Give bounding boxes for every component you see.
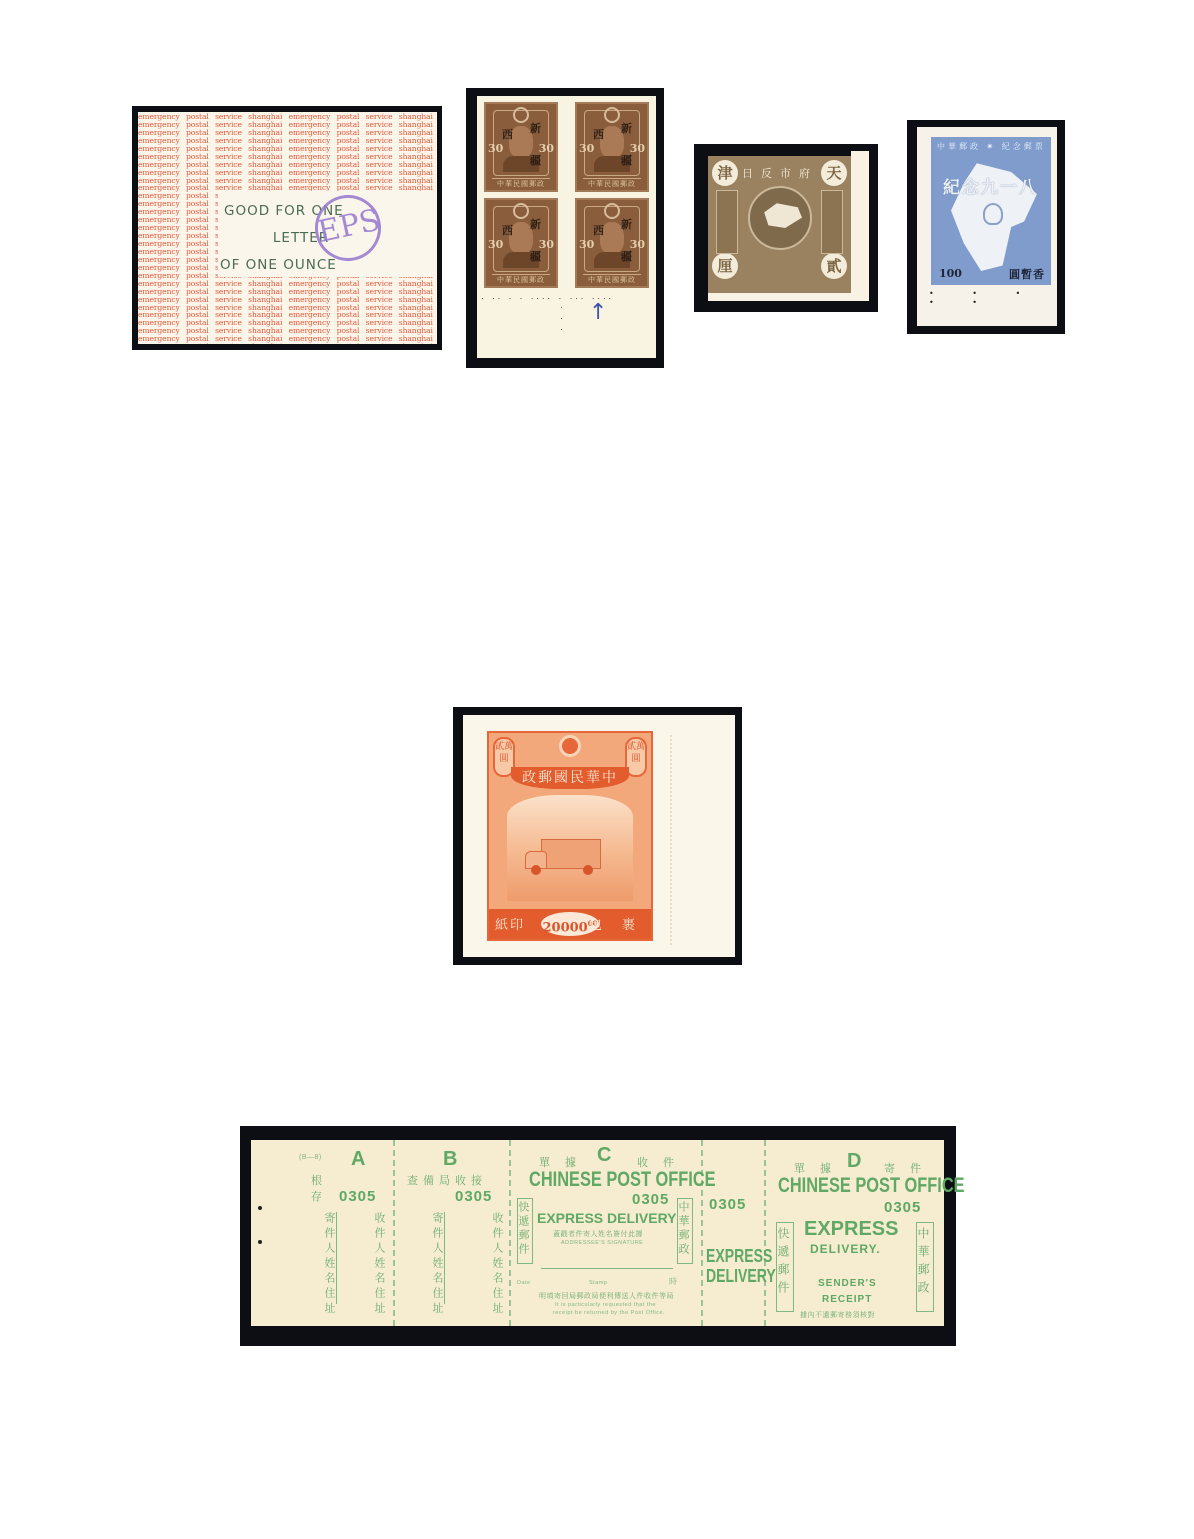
addressee-name-address-label: 收件人姓名住址	[371, 1212, 387, 1317]
value-left: 30	[488, 238, 503, 251]
right-panel	[821, 190, 843, 254]
overprint-char: 疆	[530, 152, 541, 168]
value-number: 20000	[543, 920, 588, 935]
overprint-char: 疆	[621, 152, 632, 168]
value-text: 100	[939, 267, 962, 280]
overprint-char: 新	[621, 120, 632, 136]
panel-number: 0305	[709, 1196, 746, 1213]
panel-number: 0305	[884, 1199, 921, 1216]
tianjin-stamp-image: 日反市府 津 天 厘 貳	[694, 144, 878, 312]
sun-emblem-icon	[559, 735, 581, 757]
chinese-post-box: 中華郵政	[916, 1222, 934, 1312]
time-label: 時	[669, 1276, 678, 1287]
corner-top-left: 津	[712, 160, 738, 186]
landscape-scene	[507, 795, 633, 901]
panel-d: 單 據 D 寄 件 CHINESE POST OFFICE 0305 快遞郵件 …	[764, 1140, 944, 1326]
chinese-note: 據內不遺郵寄務須核對	[800, 1310, 875, 1320]
overprint-char: 疆	[530, 248, 541, 264]
panel-letter: C	[597, 1144, 611, 1167]
overprint-char: 西	[502, 222, 513, 238]
signature-line	[541, 1268, 673, 1269]
wheel-icon	[583, 865, 593, 875]
skull-icon	[983, 203, 1003, 225]
stamp4-design: 中華郵政 ✷ 紀念郵票 紀念九一八 100 圓暫香	[931, 137, 1051, 285]
bottom-inscription: 中華民國郵政	[492, 274, 550, 284]
panel-stub: 0305 EXPRESS DELIVERY	[701, 1140, 764, 1326]
panel-b: B 查備局收接 0305 寄件人姓名住址 收件人姓名住址	[393, 1140, 509, 1326]
office-name: CHINESE POST OFFICE	[778, 1174, 965, 1198]
overprint-char: 新	[530, 120, 541, 136]
bottom-left-text: 紙印	[495, 914, 525, 933]
block-paper: . .. . . .... . ... .... . . . ↑ 3030西新疆…	[477, 96, 656, 358]
shanghai-emergency-label-image: emergency postal service shanghai emerge…	[132, 106, 442, 350]
value-left: 30	[488, 142, 503, 155]
bottom-inscription: 中華民國郵政	[583, 274, 641, 284]
bottom-inscription: 中華民國郵政	[583, 178, 641, 188]
corner-bottom-right: 貳	[821, 253, 847, 279]
overprint-char: 西	[593, 222, 604, 238]
sender-name-address-label: 寄件人姓名住址	[429, 1212, 445, 1317]
service-line-2: DELIVERY.	[810, 1242, 881, 1256]
bottom-right-text: 包 裹	[589, 914, 643, 933]
top-banner: 政郵國民華中	[511, 767, 629, 789]
office-name: CHINESE POST OFFICE	[529, 1168, 716, 1192]
pattern-row: emergency postal service shanghai emerge…	[138, 343, 437, 344]
sun-yat-sen-stamp: 3030西新疆中華民國郵政	[575, 102, 649, 192]
truck-icon	[541, 839, 601, 869]
sun-emblem-icon	[513, 107, 529, 123]
value-left: 30	[579, 142, 594, 155]
stamp3-design: 日反市府 津 天 厘 貳	[708, 156, 851, 293]
parcel-post-stamp-image: 貳萬圓 貳萬圓 政郵國民華中 紙印 2000000 包 裹	[453, 707, 742, 965]
sender-name-address-label: 寄件人姓名住址	[321, 1212, 337, 1317]
arrow-annotation: ↑	[589, 300, 607, 325]
top-inscription: 日反市府	[742, 165, 818, 181]
bottom-inscription: 中華民國郵政	[492, 178, 550, 188]
left-panel	[716, 190, 738, 254]
express-delivery-label-strip-image: (B—8) A 根 存 0305 寄件人姓名住址 收件人姓名住址 B 查備局收接…	[240, 1126, 956, 1346]
overprint-char: 新	[621, 216, 632, 232]
service-line-1: EXPRESS	[706, 1246, 772, 1267]
panel-letter: B	[443, 1148, 457, 1171]
value-left: 30	[579, 238, 594, 251]
panel-number: 0305	[455, 1188, 492, 1205]
service-name: EXPRESS DELIVERY	[537, 1210, 677, 1226]
stamp3-background: 日反市府 津 天 厘 貳	[703, 151, 871, 302]
english-instruction-2: receipt be returned by the Post Office.	[553, 1310, 665, 1316]
strip-paper: (B—8) A 根 存 0305 寄件人姓名住址 收件人姓名住址 B 查備局收接…	[251, 1140, 944, 1326]
label-paper: emergency postal service shanghai emerge…	[138, 112, 437, 344]
map-medallion	[748, 186, 812, 250]
sun-emblem-icon	[604, 203, 620, 219]
sun-yat-sen-stamp: 3030西新疆中華民國郵政	[484, 198, 558, 288]
english-instruction-1: It is particularly requested that the	[555, 1302, 656, 1308]
corner-bottom-left: 厘	[712, 253, 738, 279]
receipt-line-2: RECEIPT	[822, 1294, 872, 1305]
stamp4-paper: 中華郵政 ✷ 紀念郵票 紀念九一八 100 圓暫香 • • • • •	[917, 127, 1057, 326]
map-icon	[760, 202, 802, 228]
sun-emblem-icon	[513, 203, 529, 219]
panel-number: 0305	[339, 1188, 376, 1205]
blue-map-stamp-image: 中華郵政 ✷ 紀念郵票 紀念九一八 100 圓暫香 • • • • •	[907, 120, 1065, 334]
wheel-icon	[531, 865, 541, 875]
sun-emblem-icon	[604, 107, 620, 123]
value-bar: 紙印 2000000 包 裹	[489, 909, 651, 939]
addressee-name-address-label: 收件人姓名住址	[489, 1212, 505, 1317]
date-label: Date	[517, 1280, 531, 1286]
overprint-char: 西	[593, 126, 604, 142]
stamp5-design: 貳萬圓 貳萬圓 政郵國民華中 紙印 2000000 包 裹	[487, 731, 653, 941]
stamp5-paper: 貳萬圓 貳萬圓 政郵國民華中 紙印 2000000 包 裹	[463, 715, 735, 957]
chinese-signature-line: 蓋戳者件寄人姓名簽付此據	[553, 1229, 643, 1239]
chinese-post-box: 中華郵政	[677, 1198, 693, 1264]
receipt-line-1: SENDER'S	[818, 1278, 877, 1289]
divider-line	[336, 1212, 337, 1304]
chinese-instruction: 明填寄回局郵政局便利傳送人件收件等局	[539, 1291, 674, 1301]
selvage-perforation	[670, 735, 674, 945]
service-line-1: EXPRESS	[804, 1218, 898, 1241]
express-mail-box: 快遞郵件	[776, 1222, 794, 1312]
sun-yat-sen-stamp: 3030西新疆中華民國郵政	[484, 102, 558, 192]
express-mail-box: 快遞郵件	[517, 1198, 533, 1264]
panel-letter: D	[847, 1150, 861, 1173]
overprint-char: 西	[502, 126, 513, 142]
gutter-dots: . . .	[559, 306, 568, 334]
panel-title: 查備局收接	[407, 1172, 487, 1188]
overprint-text: 紀念九一八	[943, 173, 1038, 198]
panel-number: 0305	[632, 1191, 669, 1208]
divider-line	[444, 1212, 445, 1304]
panel-letter: A	[351, 1148, 365, 1171]
form-code: (B—8)	[299, 1154, 322, 1161]
currency-text: 圓暫香	[1009, 266, 1045, 282]
panel-a: (B—8) A 根 存 0305 寄件人姓名住址 收件人姓名住址	[251, 1140, 393, 1326]
panel-c: 單 據 C 收 件 CHINESE POST OFFICE 0305 快遞郵件 …	[509, 1140, 701, 1326]
sun-yat-sen-stamp: 3030西新疆中華民國郵政	[575, 198, 649, 288]
overprint-char: 新	[530, 216, 541, 232]
block-of-four-stamps-image: . .. . . .... . ... .... . . . ↑ 3030西新疆…	[466, 88, 664, 368]
header-text: 中華郵政 ✷ 紀念郵票	[937, 141, 1046, 152]
stamp-label: Stamp	[589, 1280, 607, 1286]
signature-label: ADDRESSEE'S SIGNATURE	[561, 1240, 643, 1246]
right-selvage	[851, 151, 869, 301]
perforation-dots: • • • • •	[929, 289, 1057, 307]
corner-top-right: 天	[821, 160, 847, 186]
overprint-char: 疆	[621, 248, 632, 264]
